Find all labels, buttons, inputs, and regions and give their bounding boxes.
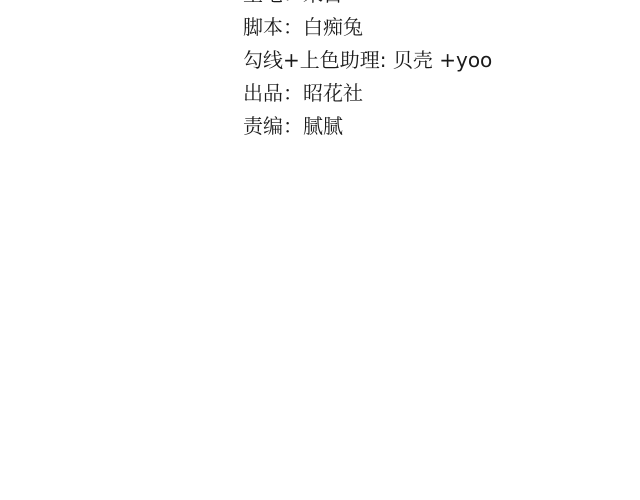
credit-separator: ： [283,0,303,6]
credit-value: 白痴兔 [303,15,363,39]
credits-list: 主笔：朱古 脚本：白痴兔 勾线+上色助理: 贝壳 +yoo 出品：昭花社 责编：… [243,0,492,143]
credit-line-script: 脚本：白痴兔 [243,11,492,44]
credit-value: 贝壳 +yoo [393,48,492,72]
credit-separator: : [380,48,393,72]
credit-label: 勾线+上色助理 [243,48,380,72]
credit-line-lead-artist: 主笔：朱古 [243,0,492,11]
credit-label: 出品 [243,81,283,105]
credit-value: 朱古 [303,0,343,6]
credit-label: 脚本 [243,15,283,39]
credit-line-assistants: 勾线+上色助理: 贝壳 +yoo [243,44,492,77]
credit-label: 责编 [243,114,283,138]
credit-separator: ： [283,114,303,138]
credit-separator: ： [283,81,303,105]
credit-value: 昭花社 [303,81,363,105]
credit-value: 腻腻 [303,114,343,138]
credit-separator: ： [283,15,303,39]
credit-line-editor: 责编：腻腻 [243,110,492,143]
credit-line-producer: 出品：昭花社 [243,77,492,110]
credit-label: 主笔 [243,0,283,6]
